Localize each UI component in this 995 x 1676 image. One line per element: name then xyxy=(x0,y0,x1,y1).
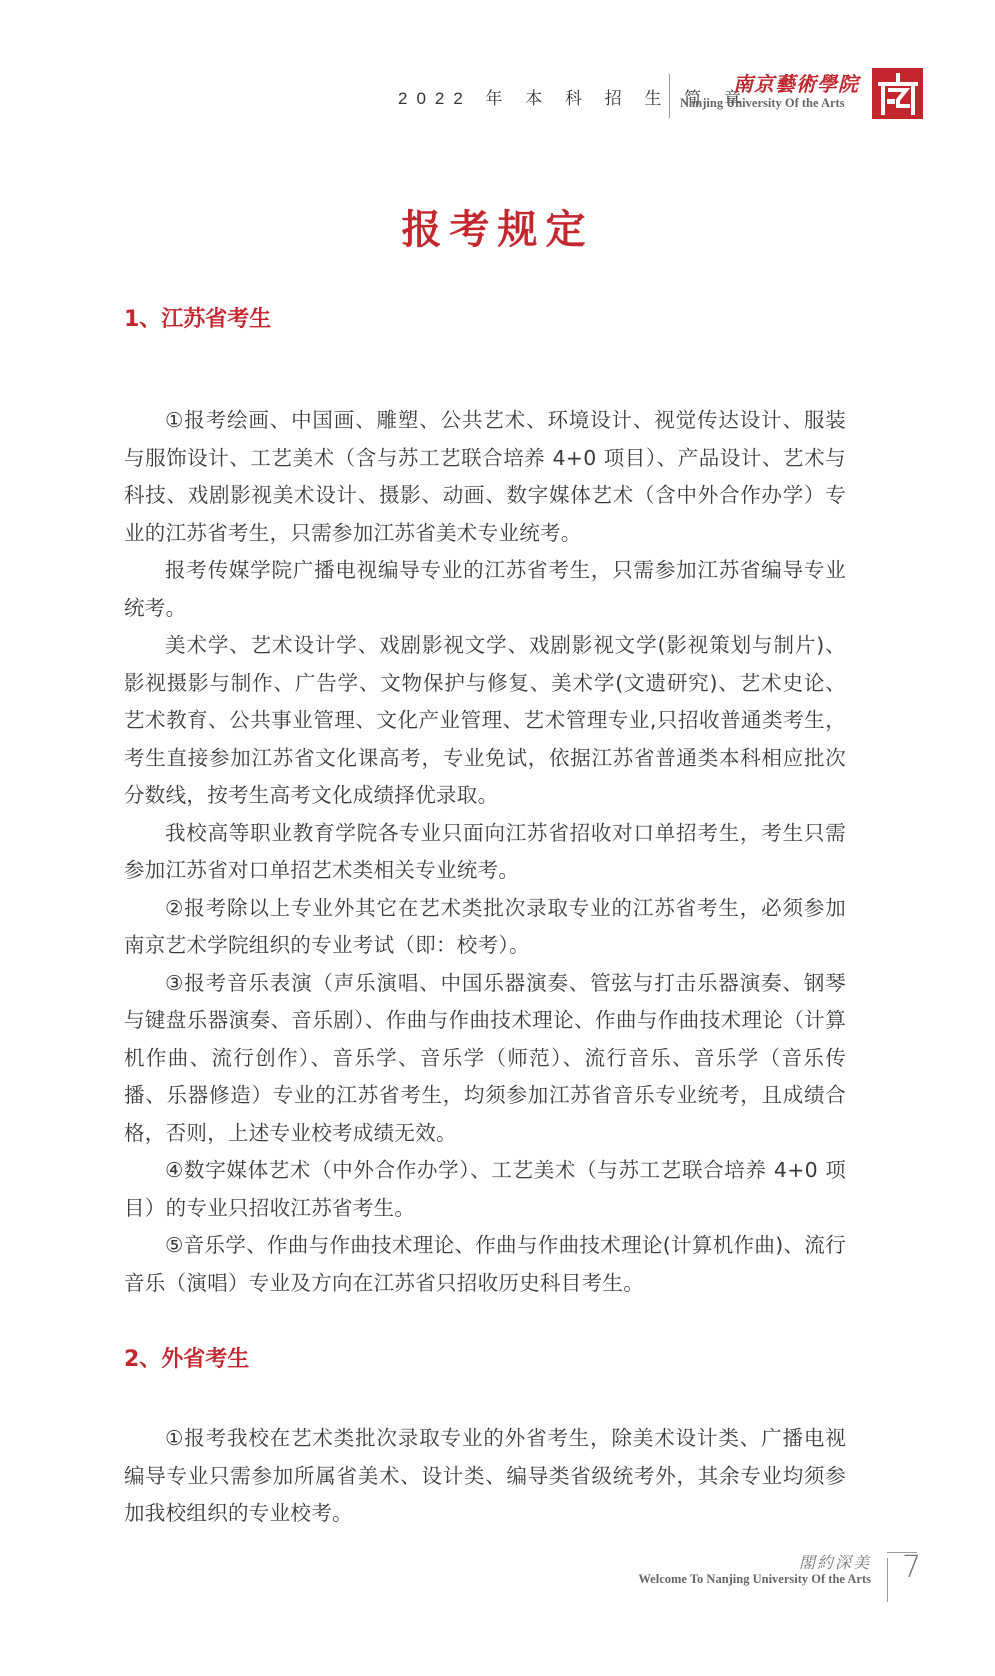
paragraph: ⑤音乐学、作曲与作曲技术理论、作曲与作曲技术理论(计算机作曲)、流行音乐（演唱）… xyxy=(124,1227,846,1302)
page-title: 报考规定 xyxy=(0,198,995,255)
section-heading-other-provinces: 2、外省考生 xyxy=(124,1340,846,1380)
footer-slogan-en: Welcome To Nanjing University Of the Art… xyxy=(638,1572,871,1587)
university-name-en: Nanjing University Of the Arts xyxy=(680,96,845,111)
university-name-cn: 南京藝術學院 xyxy=(733,68,859,97)
page-footer: 閣約深美 Welcome To Nanjing University Of th… xyxy=(0,1550,995,1610)
paragraph: 报考传媒学院广播电视编导专业的江苏省考生，只需参加江苏省编导专业统考。 xyxy=(124,552,846,627)
page-number: 7 xyxy=(902,1550,921,1585)
section-heading-jiangsu: 1、江苏省考生 xyxy=(124,300,846,340)
paragraph: ④数字媒体艺术（中外合作办学）、工艺美术（与苏工艺联合培养 4+0 项目）的专业… xyxy=(124,1152,846,1227)
paragraph: ③报考音乐表演（声乐演唱、中国乐器演奏、管弦与打击乐器演奏、钢琴与键盘乐器演奏、… xyxy=(124,965,846,1153)
page-header: 2022 年 本 科 招 生 简 章 南京藝術學院 Nanjing Univer… xyxy=(0,66,995,126)
paragraph: ①报考我校在艺术类批次录取专业的外省考生，除美术设计类、广播电视编导专业只需参加… xyxy=(124,1420,846,1533)
header-divider xyxy=(669,74,670,118)
paragraph: 我校高等职业教育学院各专业只面向江苏省招收对口单招考生，考生只需参加江苏省对口单… xyxy=(124,815,846,890)
seal-glyph-icon xyxy=(876,72,920,116)
regulations-content: 1、江苏省考生 ①报考绘画、中国画、雕塑、公共艺术、环境设计、视觉传达设计、服装… xyxy=(124,300,846,1533)
paragraph: ②报考除以上专业外其它在艺术类批次录取专业的江苏省考生，必须参加南京艺术学院组织… xyxy=(124,890,846,965)
section-body-jiangsu: ①报考绘画、中国画、雕塑、公共艺术、环境设计、视觉传达设计、服装与服饰设计、工艺… xyxy=(124,402,846,1302)
footer-slogan-cn: 閣約深美 xyxy=(799,1550,871,1573)
paragraph: 美术学、艺术设计学、戏剧影视文学、戏剧影视文学(影视策划与制片)、影视摄影与制作… xyxy=(124,627,846,815)
paragraph: ①报考绘画、中国画、雕塑、公共艺术、环境设计、视觉传达设计、服装与服饰设计、工艺… xyxy=(124,402,846,552)
footer-divider xyxy=(887,1558,888,1602)
university-seal-logo-icon xyxy=(872,68,923,119)
section-body-other-provinces: ①报考我校在艺术类批次录取专业的外省考生，除美术设计类、广播电视编导专业只需参加… xyxy=(124,1420,846,1533)
